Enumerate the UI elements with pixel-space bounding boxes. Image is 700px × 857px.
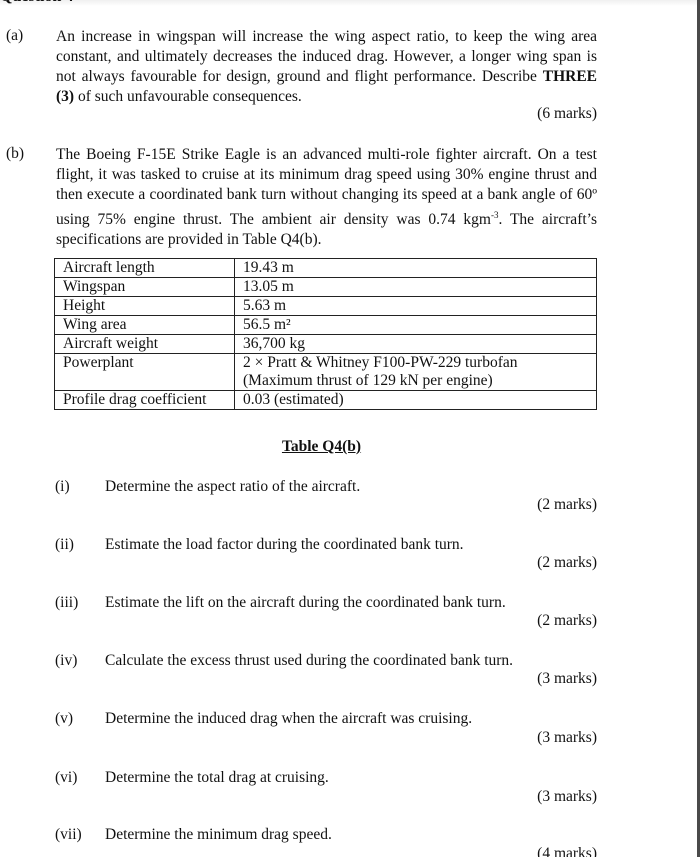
subquestion-label: (i) [55,478,70,496]
spec-value: 19.43 m [235,259,597,278]
spec-name: Aircraft weight [55,335,235,354]
page-top-shade [0,0,697,6]
subquestion-marks: (3 marks) [537,670,597,688]
spec-value: 56.5 m² [235,316,597,335]
subquestion-marks: (2 marks) [537,554,597,572]
spec-name: Wing area [55,316,235,335]
spec-value: 0.03 (estimated) [235,391,597,410]
subquestion-text: Determine the minimum drag speed. [105,826,332,844]
spec-value: 2 × Pratt & Whitney F100-PW-229 turbofan… [235,354,597,391]
subquestion-marks: (3 marks) [537,788,597,806]
table-row: Profile drag coefficient0.03 (estimated) [55,391,597,410]
table-row: Wingspan13.05 m [55,278,597,297]
part-b-text: The Boeing F-15E Strike Eagle is an adva… [56,145,597,250]
spec-name: Aircraft length [55,259,235,278]
spec-table: Aircraft length19.43 mWingspan13.05 mHei… [54,258,597,410]
spec-name: Height [55,297,235,316]
part-a-text: An increase in wingspan will increase th… [56,27,597,107]
part-b-label: (b) [6,145,24,163]
table-row: Height5.63 m [55,297,597,316]
spec-value: 5.63 m [235,297,597,316]
spec-name: Wingspan [55,278,235,297]
spec-name: Powerplant [55,354,235,391]
subquestion-marks: (3 marks) [537,729,597,747]
subquestion-label: (vi) [55,769,77,787]
spec-value: 36,700 kg [235,335,597,354]
subquestion-text: Determine the aspect ratio of the aircra… [105,478,360,496]
subquestion-text: Estimate the lift on the aircraft during… [105,594,506,612]
table-row: Wing area56.5 m² [55,316,597,335]
subquestion-label: (vii) [55,826,82,844]
question-header: Question 4 [0,0,73,6]
part-a-label: (a) [6,27,23,45]
spec-value: 13.05 m [235,278,597,297]
subquestion-label: (ii) [55,536,74,554]
table-row: Aircraft length19.43 m [55,259,597,278]
part-a-text-2: of such unfavourable consequences. [74,88,302,105]
subquestion-marks: (2 marks) [537,496,597,514]
subquestion-label: (v) [55,710,73,728]
subquestion-text: Estimate the load factor during the coor… [105,536,464,554]
part-a-marks: (6 marks) [537,105,597,123]
table-row: Powerplant2 × Pratt & Whitney F100-PW-22… [55,354,597,391]
spec-name: Profile drag coefficient [55,391,235,410]
subquestion-marks: (4 marks) [537,845,597,857]
part-a-text-1: An increase in wingspan will increase th… [56,28,597,85]
subquestion-text: Determine the induced drag when the airc… [105,710,472,728]
subquestion-text: Calculate the excess thrust used during … [105,652,513,670]
subquestion-text: Determine the total drag at cruising. [105,769,329,787]
table-row: Aircraft weight36,700 kg [55,335,597,354]
subquestion-label: (iv) [55,652,77,670]
table-caption: Table Q4(b) [0,438,643,456]
subquestion-label: (iii) [55,594,78,612]
subquestion-marks: (2 marks) [537,612,597,630]
